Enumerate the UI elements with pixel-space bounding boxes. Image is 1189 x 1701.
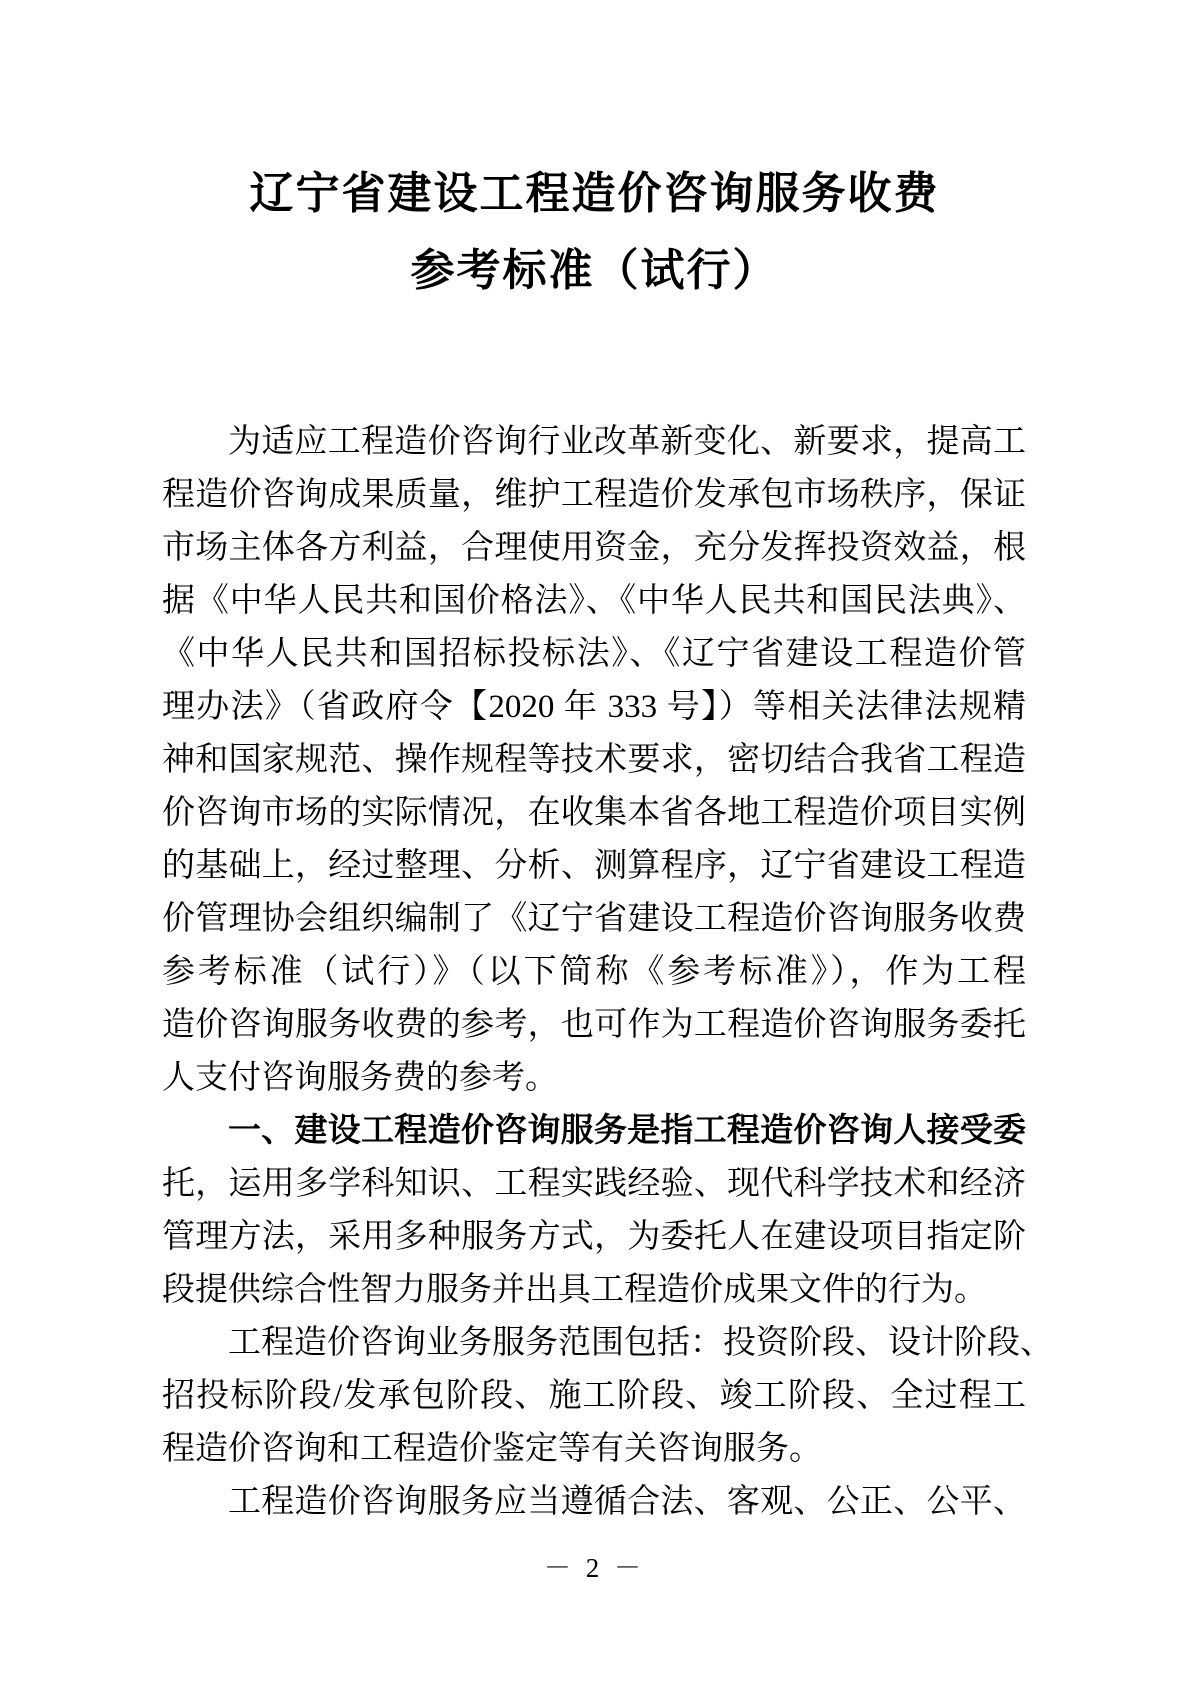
body-line: 的基础上，经过整理、分析、测算程序，辽宁省建设工程造: [162, 840, 1026, 893]
document-body: 为适应工程造价咨询行业改革新变化、新要求，提高工程造价咨询成果质量，维护工程造价…: [162, 416, 1026, 1529]
body-line: 价管理协会组织编制了《辽宁省建设工程造价咨询服务收费: [162, 893, 1026, 946]
body-line: 工程造价咨询业务服务范围包括：投资阶段、设计阶段、: [162, 1317, 1026, 1370]
body-line: 程造价咨询和工程造价鉴定等有关咨询服务。: [162, 1423, 1026, 1476]
document-page: 辽宁省建设工程造价咨询服务收费 参考标准（试行） 为适应工程造价咨询行业改革新变…: [0, 0, 1189, 1701]
body-line: 工程造价咨询服务应当遵循合法、客观、公正、公平、: [162, 1476, 1026, 1529]
body-line: 《中华人民共和国招标投标法》、《辽宁省建设工程造价管: [162, 628, 1026, 681]
body-line: 人支付咨询服务费的参考。: [162, 1052, 1026, 1105]
body-line: 神和国家规范、操作规程等技术要求，密切结合我省工程造: [162, 734, 1026, 787]
body-line: 托，运用多学科知识、工程实践经验、现代科学技术和经济: [162, 1158, 1026, 1211]
document-title: 辽宁省建设工程造价咨询服务收费 参考标准（试行）: [0, 155, 1189, 309]
body-line: 招投标阶段/发承包阶段、施工阶段、竣工阶段、全过程工: [162, 1370, 1026, 1423]
body-line: 理办法》（省政府令【2020 年 333 号】）等相关法律法规精: [162, 681, 1026, 734]
body-line: 市场主体各方利益，合理使用资金，充分发挥投资效益，根: [162, 522, 1026, 575]
title-line-1: 辽宁省建设工程造价咨询服务收费: [0, 155, 1189, 232]
page-footer: － 2 －: [0, 1548, 1189, 1588]
body-line: 为适应工程造价咨询行业改革新变化、新要求，提高工: [162, 416, 1026, 469]
body-line: 参考标准（试行）》（以下简称《参考标准》），作为工程: [162, 946, 1026, 999]
page-number: － 2 －: [544, 1553, 645, 1583]
body-line: 段提供综合性智力服务并出具工程造价成果文件的行为。: [162, 1264, 1026, 1317]
body-line: 程造价咨询成果质量，维护工程造价发承包市场秩序，保证: [162, 469, 1026, 522]
body-line: 造价咨询服务收费的参考，也可作为工程造价咨询服务委托: [162, 999, 1026, 1052]
body-line: 价咨询市场的实际情况，在收集本省各地工程造价项目实例: [162, 787, 1026, 840]
title-line-2: 参考标准（试行）: [0, 232, 1189, 309]
body-line: 管理方法，采用多种服务方式，为委托人在建设项目指定阶: [162, 1211, 1026, 1264]
body-line: 一、建设工程造价咨询服务是指工程造价咨询人接受委: [162, 1105, 1026, 1158]
body-line: 据《中华人民共和国价格法》、《中华人民共和国民法典》、: [162, 575, 1026, 628]
